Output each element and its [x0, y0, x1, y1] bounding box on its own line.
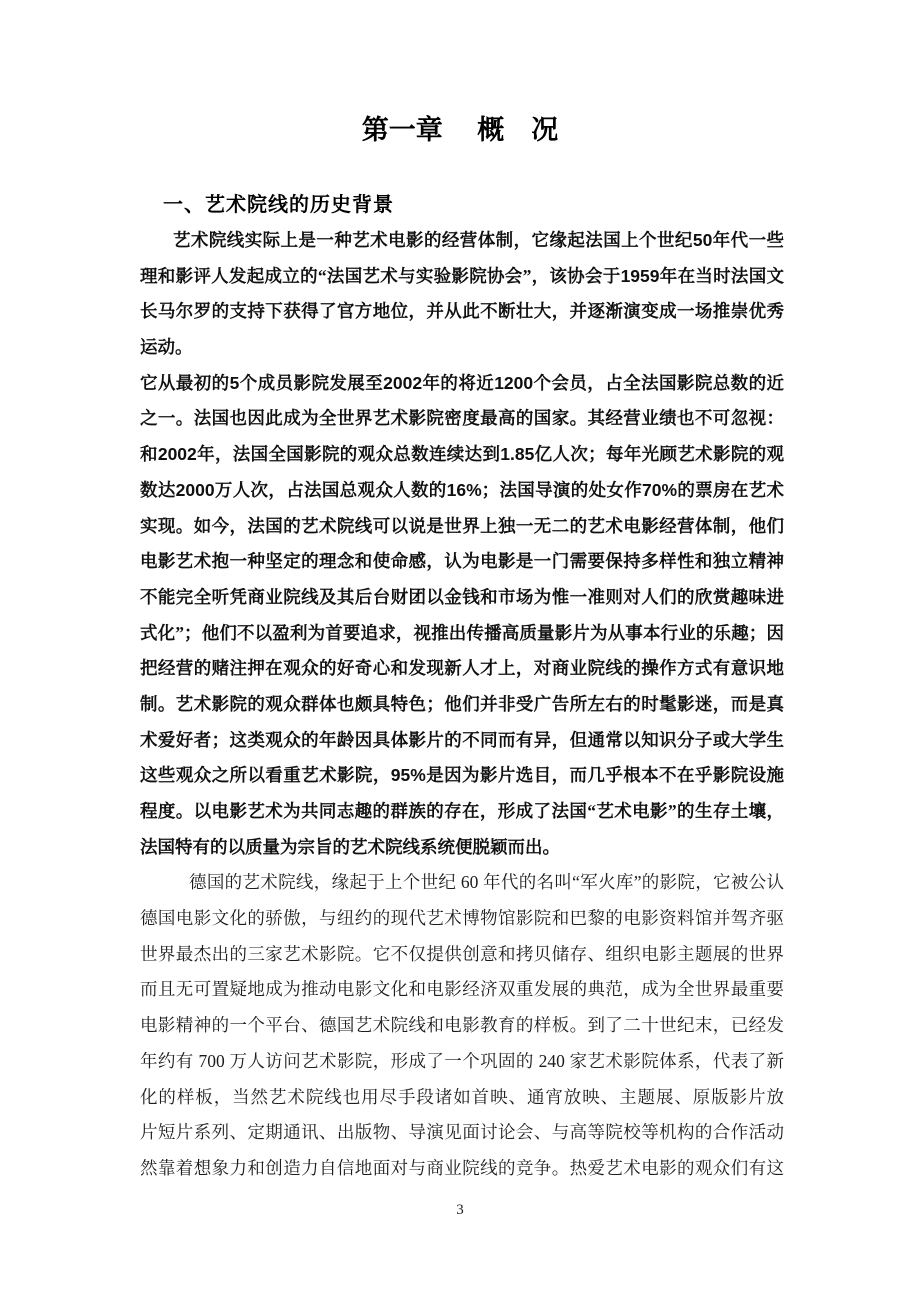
text-line: 化的样板，当然艺术院线也用尽手段诸如首映、通宵放映、主题展、原版影片放映、纪录 — [140, 1080, 784, 1116]
text-line: 德国的艺术院线，缘起于上个世纪 60 年代的名叫“军火库”的影院，它被公认为是 — [140, 865, 784, 901]
text-line: 术爱好者；这类观众的年龄因具体影片的不同而有异，但通常以知识分子或大学生居多； — [140, 723, 784, 759]
text-line: 艺术院线实际上是一种艺术电影的经营体制，它缘起法国上个世纪50年代一些影院经 — [140, 223, 784, 259]
document-body: 艺术院线实际上是一种艺术电影的经营体制，它缘起法国上个世纪50年代一些影院经 理… — [140, 223, 784, 1187]
text-line: 它从最初的5个成员影院发展至2002年的将近1200个会员，占全法国影院总数的近… — [140, 366, 784, 402]
text-line: 而且无可置疑地成为推动电影文化和电影经济双重发展的典范，成为全世界最重要的展示 — [140, 972, 784, 1008]
text-line: 片短片系列、定期通讯、出版物、导演见面讨论会、与高等院校等机构的合作活动等，依 — [140, 1115, 784, 1151]
text-line: 把经营的赌注押在观众的好奇心和发现新人才上，对商业院线的操作方式有意识地采取抵 — [140, 651, 784, 687]
paragraph-germany-art-cinema: 德国的艺术院线，缘起于上个世纪 60 年代的名叫“军火库”的影院，它被公认为是 … — [140, 865, 784, 1186]
text-line: 年约有 700 万人访问艺术影院，形成了一个巩固的 240 家艺术影院体系，代表… — [140, 1044, 784, 1080]
paragraph-art-cinema-intro: 艺术院线实际上是一种艺术电影的经营体制，它缘起法国上个世纪50年代一些影院经 理… — [140, 223, 784, 366]
text-line: 然靠着想象力和创造力自信地面对与商业院线的竞争。热爱艺术电影的观众们有这样一句 — [140, 1151, 784, 1187]
text-line: 运动。 — [140, 330, 784, 366]
text-line: 世界最杰出的三家艺术影院。它不仅提供创意和拷贝储存、组织电影主题展的世界巡演， — [140, 937, 784, 973]
section-heading: 一、艺术院线的历史背景 — [163, 188, 394, 217]
text-line: 式化”；他们不以盈利为首要追求，视推出传播高质量影片为从事本行业的乐趣；因而他们 — [140, 616, 784, 652]
text-line: 之一。法国也因此成为全世界艺术影院密度最高的国家。其经营业绩也不可忽视：2001… — [140, 401, 784, 437]
paragraph-france-art-cinema: 它从最初的5个成员影院发展至2002年的将近1200个会员，占全法国影院总数的近… — [140, 366, 784, 866]
text-line: 电影精神的一个平台、德国艺术院线和电影教育的样板。到了二十世纪末，已经发展到每 — [140, 1008, 784, 1044]
text-line: 程度。以电影艺术为共同志趣的群族的存在，形成了法国“艺术电影”的生存土壤，一种 — [140, 794, 784, 830]
page-number: 3 — [0, 1202, 920, 1219]
text-line: 不能完全听凭商业院线及其后台财团以金钱和市场为惟一准则对人们的欣赏趣味进行“格 — [140, 580, 784, 616]
text-line: 制。艺术影院的观众群体也颇具特色；他们并非受广告所左右的时髦影迷，而是真正的艺 — [140, 687, 784, 723]
text-line: 和2002年，法国全国影院的观众总数连续达到1.85亿人次；每年光顾艺术影院的观… — [140, 437, 784, 473]
text-line: 理和影评人发起成立的“法国艺术与实验影院协会”，该协会于1959年在当时法国文化… — [140, 259, 784, 295]
text-line: 实现。如今，法国的艺术院线可以说是世界上独一无二的艺术电影经营体制，他们大多对 — [140, 509, 784, 545]
text-line: 数达2000万人次，占法国总观众人数的16%；法国导演的处女作70%的票房在艺术… — [140, 473, 784, 509]
document-page: 第一章 概 况 一、艺术院线的历史背景 艺术院线实际上是一种艺术电影的经营体制，… — [0, 0, 920, 1302]
chapter-title: 第一章 概 况 — [0, 108, 920, 147]
text-line: 法国特有的以质量为宗旨的艺术院线系统便脱颖而出。 — [140, 830, 784, 866]
text-line: 电影艺术抱一种坚定的理念和使命感，认为电影是一门需要保持多样性和独立精神的艺术， — [140, 544, 784, 580]
text-line: 长马尔罗的支持下获得了官方地位，并从此不断壮大，并逐渐演变成一场推崇优秀电影的 — [140, 294, 784, 330]
text-line: 这些观众之所以看重艺术影院，95%是因为影片选目，而几乎根本不在乎影院设施的舒适 — [140, 758, 784, 794]
text-line: 德国电影文化的骄傲，与纽约的现代艺术博物馆影院和巴黎的电影资料馆并驾齐驱成为全 — [140, 901, 784, 937]
